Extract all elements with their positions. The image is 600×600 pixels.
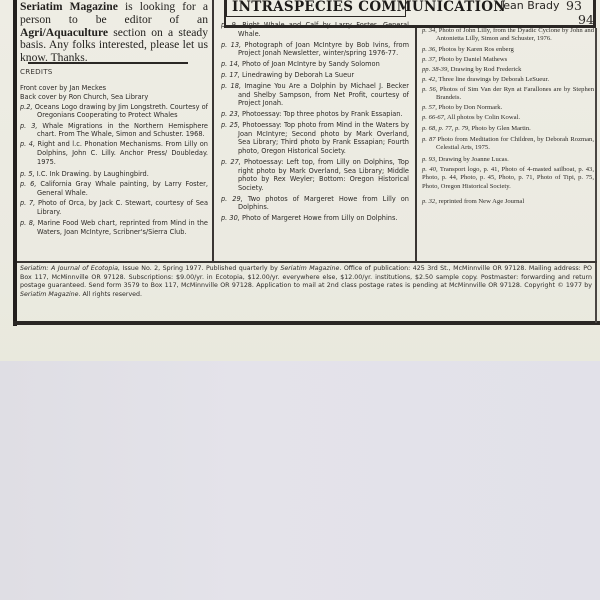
credit-item: p. 9, Right Whale and Calf by Larry Fost… [221,21,409,38]
credit-item: p. 56, Photos of Sim Van der Ryn at Fara… [422,86,594,103]
footer-divider [17,261,597,263]
page-number: 94 [578,12,594,27]
credit-item: p. 25, Photoessay: Top photo from Mind i… [221,121,409,155]
credits-list-left: Front cover by Jan Meckes Back cover by … [20,84,208,238]
credit-item: p. 7, Photo of Orca, by Jack C. Stewart,… [20,199,208,216]
credit-item: p. 13, Photograph of Joan McIntyre by Bo… [221,41,409,58]
credit-item: p. 29, Two photos of Margeret Howe from … [221,195,409,212]
magazine-page: INTRASPECIES COMMUNICATION Jean Brady 93… [0,0,600,361]
column-divider [415,28,417,262]
journal-title: Seriatim: A Journal of Ecotopia, [20,265,120,272]
credit-item: p. 66-67, All photos by Colin Kowal. [422,114,594,122]
credit-item: p. 40, Transport logo, p. 41, Photo of 4… [422,166,594,191]
credits-heading: CREDITS [20,67,53,76]
frame-bottom-border [13,321,600,325]
credit-item: p. 87 Photo from Meditation for Children… [422,136,594,153]
frame-left-border [13,0,17,326]
credit-item: p. 3, Whale Migrations in the Northern H… [20,122,208,139]
credit-item: p. 8, Marine Food Web chart, reprinted f… [20,219,208,236]
credit-item: p. 36, Photos by Karen Ros enberg [422,46,594,54]
publication-info: Seriatim: A Journal of Ecotopia, Issue N… [20,265,592,299]
credit-item: p. 32, reprinted from New Age Journal [422,198,594,206]
credit-item: p. 93, Drawing by Joanne Lucas. [422,156,594,164]
author-name: Jean Brady [500,0,560,12]
section-name: Agri/Aquaculture [20,26,108,39]
frame-right-border [595,28,597,323]
section-title: INTRASPECIES COMMUNICATION [232,0,506,15]
editor-wanted-notice: Seriatim Magazine is looking for a perso… [20,1,208,65]
credit-item: p. 57, Photo by Don Normark. [422,104,594,112]
credits-list-middle: p. 9, Right Whale and Calf by Larry Fost… [221,21,409,225]
credit-item: p. 14, Photo of Joan McIntyre by Sandy S… [221,60,409,69]
credit-item: p. 42, Three line drawings by Deborah Le… [422,76,594,84]
credits-divider [28,62,188,64]
magazine-name: Seriatim Magazine [20,0,118,13]
backdrop-surface [0,361,600,600]
credit-item: p. 68, p. 77, p. 79, Photo by Glen Marti… [422,125,594,133]
credits-list-right: p. 34, Photo of John Lilly, from the Dya… [422,27,594,208]
credit-item: p.2, Oceans Logo drawing by Jim Longstre… [20,103,208,120]
column-divider [212,0,214,262]
credit-item: p. 37, Photo by Daniel Mathews [422,56,594,64]
credit-item: p. 30, Photo of Margeret Howe from Lilly… [221,214,409,223]
credit-item: Front cover by Jan Meckes [20,84,208,93]
credit-item: p. 17, Linedrawing by Deborah La Sueur [221,71,409,80]
credit-item: p. 23, Photoessay: Top three photos by F… [221,110,409,119]
credit-item: p. 5, I.C. Ink Drawing. by Laughingbird. [20,170,208,179]
credit-item: p. 6, California Gray Whale painting, by… [20,180,208,197]
credit-item: pp. 38-39, Drawing by Rod Frederick [422,66,594,74]
credit-item: p. 34, Photo of John Lilly, from the Dya… [422,27,594,44]
credit-item: p. 18, Imagine You Are a Dolphin by Mich… [221,82,409,108]
credit-item: Back cover by Ron Church, Sea Library [20,93,208,102]
credit-item: p. 27, Photoessay: Left top, from Lilly … [221,158,409,192]
credit-item: p. 4, Right and l.c. Phonation Mechanism… [20,140,208,166]
